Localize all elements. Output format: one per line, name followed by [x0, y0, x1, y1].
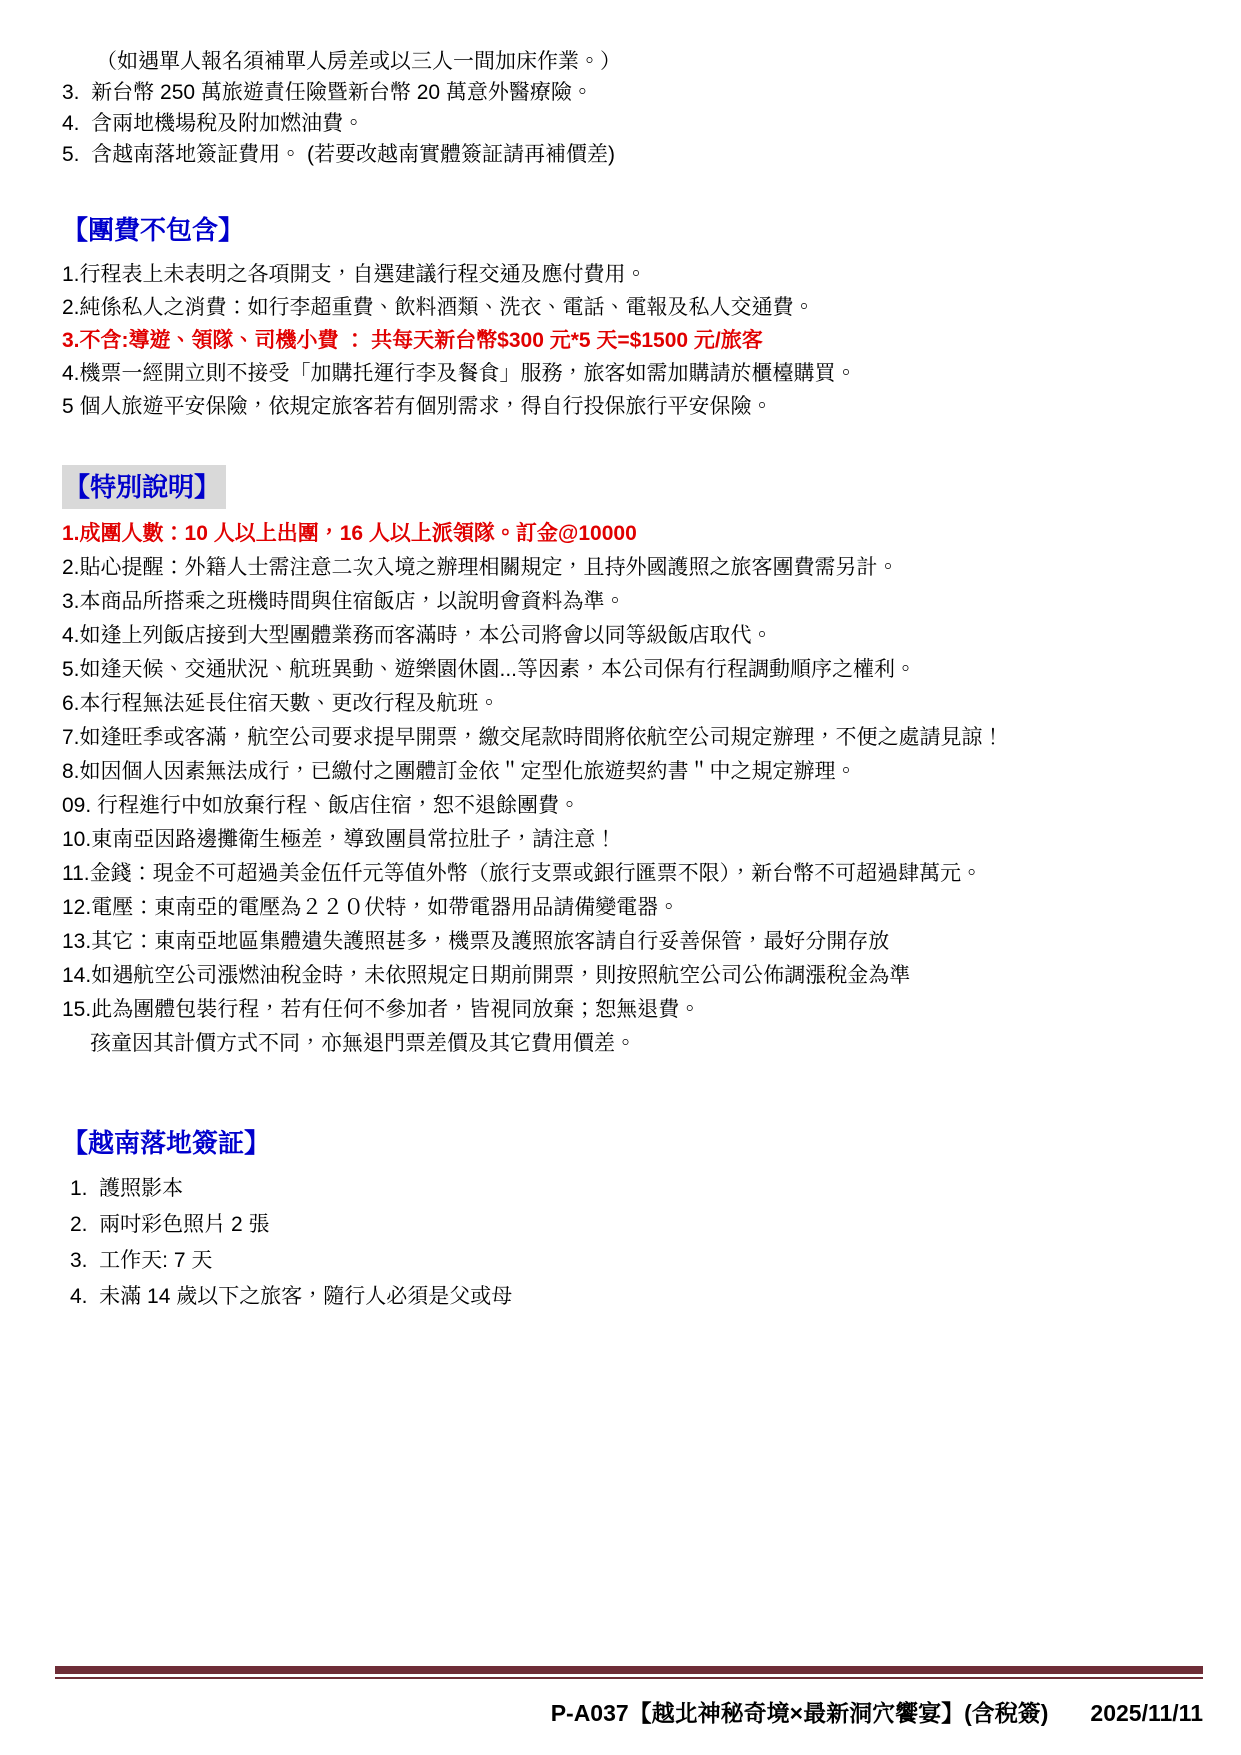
fees-included-list: （如遇單人報名須補單人房差或以三人一間加床作業。）3. 新台幣 250 萬旅遊責… [62, 46, 1186, 170]
footer-product-title: P-A037【越北神秘奇境×最新洞穴饗宴】(含稅簽) [551, 1695, 1049, 1728]
list-item-line: 4. 未滿 14 歲以下之旅客，隨行人必須是父或母 [62, 1279, 1186, 1315]
list-item-line: 3. 新台幣 250 萬旅遊責任險暨新台幣 20 萬意外醫療險。 [62, 77, 1186, 108]
special-notes-list: 1.成團人數：10 人以上出團，16 人以上派領隊。訂金@100002.貼心提醒… [62, 517, 1186, 1061]
list-item-line: 1.成團人數：10 人以上出團，16 人以上派領隊。訂金@10000 [62, 517, 1186, 551]
list-item-line: 4.如逢上列飯店接到大型團體業務而客滿時，本公司將會以同等級飯店取代。 [62, 619, 1186, 653]
list-item-line: 7.如逢旺季或客滿，航空公司要求提早開票，繳交尾款時間將依航空公司規定辦理，不便… [62, 721, 1186, 755]
list-item-line: 8.如因個人因素無法成行，已繳付之團體訂金依＂定型化旅遊契約書＂中之規定辦理。 [62, 755, 1186, 789]
section-title-special-notes: 【特別說明】 [62, 465, 1186, 509]
list-item-line: 10.東南亞因路邊攤衛生極差，導致團員常拉肚子，請注意！ [62, 823, 1186, 857]
list-item-line: 6.本行程無法延長住宿天數、更改行程及航班。 [62, 687, 1186, 721]
section-fees-excluded: 【團費不包含】 [62, 210, 1186, 250]
section-visa: 【越南落地簽証】 [62, 1123, 1186, 1163]
section-title-fees-excluded: 【團費不包含】 [62, 210, 1186, 250]
footer-divider [55, 1666, 1203, 1679]
list-item-line: 1.行程表上未表明之各項開支，自選建議行程交通及應付費用。 [62, 258, 1186, 291]
list-item-line: 3. 工作天: 7 天 [62, 1243, 1186, 1279]
list-item-line: 09. 行程進行中如放棄行程、飯店住宿，恕不退餘團費。 [62, 789, 1186, 823]
list-item-line: 12.電壓：東南亞的電壓為２２０伏特，如帶電器用品請備變電器。 [62, 891, 1186, 925]
document-page: （如遇單人報名須補單人房差或以三人一間加床作業。）3. 新台幣 250 萬旅遊責… [0, 0, 1241, 1755]
list-item-line: 4.機票一經開立則不接受「加購托運行李及餐食」服務，旅客如需加購請於櫃檯購買。 [62, 357, 1186, 390]
list-item-line: 2. 兩吋彩色照片 2 張 [62, 1207, 1186, 1243]
page-footer: P-A037【越北神秘奇境×最新洞穴饗宴】(含稅簽) 2025/11/11 [55, 1666, 1203, 1728]
list-item-line: 5 個人旅遊平安保險，依規定旅客若有個別需求，得自行投保旅行平安保險。 [62, 390, 1186, 423]
list-item-line: 13.其它：東南亞地區集體遺失護照甚多，機票及護照旅客請自行妥善保管，最好分開存… [62, 925, 1186, 959]
section-title-visa: 【越南落地簽証】 [62, 1123, 1186, 1163]
list-item-line: 11.金錢：現金不可超過美金伍仟元等值外幣（旅行支票或銀行匯票不限），新台幣不可… [62, 857, 1186, 891]
footer-date: 2025/11/11 [1090, 1700, 1203, 1727]
document-content: （如遇單人報名須補單人房差或以三人一間加床作業。）3. 新台幣 250 萬旅遊責… [0, 0, 1241, 1315]
list-item-line: 5.如逢天候、交通狀況、航班異動、遊樂園休園...等因素，本公司保有行程調動順序… [62, 653, 1186, 687]
list-item-line: 3.本商品所搭乘之班機時間與住宿飯店，以說明會資料為準。 [62, 585, 1186, 619]
visa-requirements-list: 1. 護照影本2. 兩吋彩色照片 2 張3. 工作天: 7 天4. 未滿 14 … [62, 1171, 1186, 1315]
section-special-notes: 【特別說明】 [62, 465, 1186, 509]
list-item-line: 1. 護照影本 [62, 1171, 1186, 1207]
list-item-line: 4. 含兩地機場稅及附加燃油費。 [62, 108, 1186, 139]
fees-excluded-list: 1.行程表上未表明之各項開支，自選建議行程交通及應付費用。2.純係私人之消費：如… [62, 258, 1186, 423]
list-item-line: 15.此為團體包裝行程，若有任何不參加者，皆視同放棄；恕無退費。 [62, 993, 1186, 1027]
list-item-line: 5. 含越南落地簽証費用。 (若要改越南實體簽証請再補價差) [62, 139, 1186, 170]
list-item-line: 孩童因其計價方式不同，亦無退門票差價及其它費用價差。 [62, 1027, 1186, 1061]
list-item-line: 14.如遇航空公司漲燃油稅金時，未依照規定日期前開票，則按照航空公司公佈調漲稅金… [62, 959, 1186, 993]
footer-text: P-A037【越北神秘奇境×最新洞穴饗宴】(含稅簽) 2025/11/11 [55, 1695, 1203, 1728]
list-item-line: 2.貼心提醒：外籍人士需注意二次入境之辦理相關規定，且持外國護照之旅客團費需另計… [62, 551, 1186, 585]
list-item-line: 2.純係私人之消費：如行李超重費、飲料酒類、洗衣、電話、電報及私人交通費。 [62, 291, 1186, 324]
list-item-line: （如遇單人報名須補單人房差或以三人一間加床作業。） [62, 46, 1186, 77]
list-item-line: 3.不含:導遊、領隊、司機小費 ： 共每天新台幣$300 元*5 天=$1500… [62, 324, 1186, 357]
section-title-highlight: 【特別說明】 [62, 465, 226, 509]
